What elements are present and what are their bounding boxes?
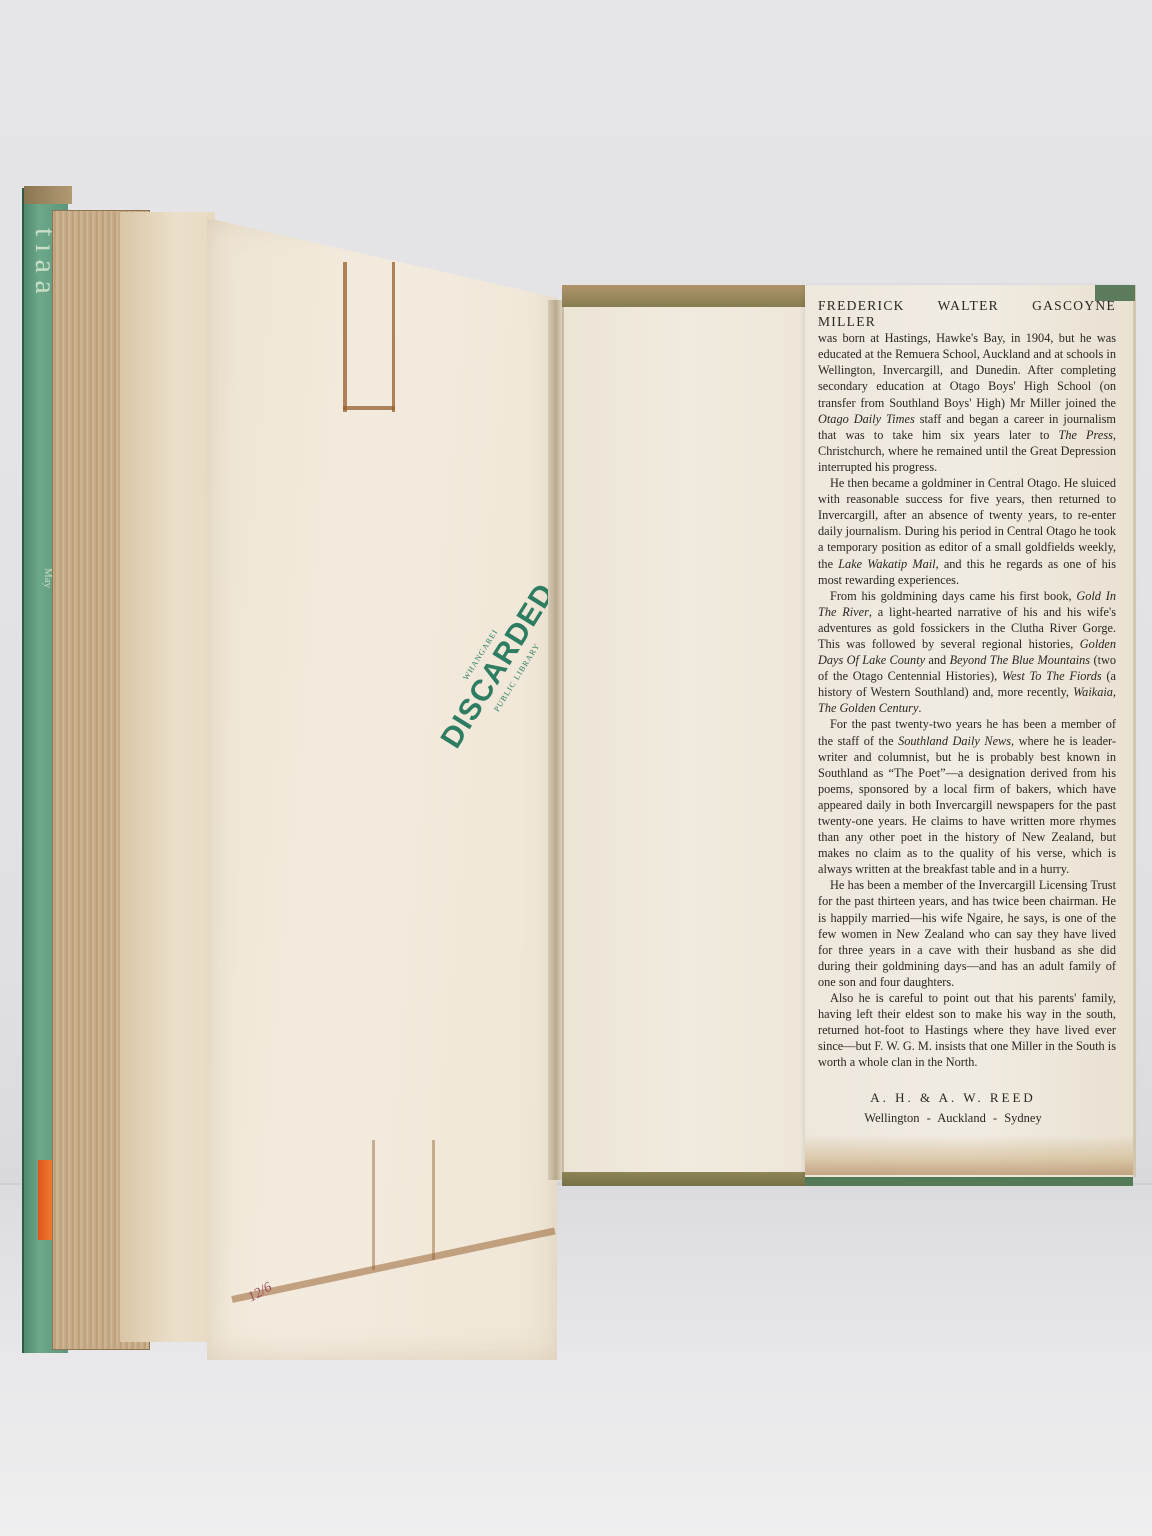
book-title: West To The Fiords: [1002, 669, 1102, 683]
book-title: The Press: [1058, 428, 1112, 442]
spine-top-wear: [24, 186, 72, 204]
book-title: Lake Wakatip Mail: [838, 557, 935, 571]
publisher-name: A. H. & A. W. REED: [818, 1090, 1088, 1106]
inner-page: [120, 212, 215, 1342]
front-endpaper: [207, 218, 557, 1360]
author-name-heading: FREDERICK WALTER GASCOYNE MILLER: [818, 298, 1116, 330]
book-title: Southland Daily News: [898, 734, 1011, 748]
book-title: Beyond The Blue Mountains: [950, 653, 1091, 667]
publisher-imprint: A. H. & A. W. REED Wellington - Auckland…: [818, 1090, 1088, 1126]
bio-text: .: [918, 701, 921, 715]
back-board-top-edge: [562, 285, 812, 307]
bio-text: From his goldmining days came his first …: [830, 589, 1076, 603]
back-board-bottom-edge: [562, 1172, 812, 1186]
biography-paragraphs: was born at Hastings, Hawke's Bay, in 19…: [818, 330, 1116, 1070]
bio-text: , where he is leader-writer and columnis…: [818, 734, 1116, 877]
bio-text: was born at Hastings, Hawke's Bay, in 19…: [818, 331, 1116, 409]
tape-stain: [432, 1140, 435, 1260]
bio-paragraph: From his goldmining days came his first …: [818, 588, 1116, 717]
rear-endpaper: [562, 307, 814, 1174]
flap-water-stain: [805, 1135, 1133, 1175]
tape-stain: [372, 1140, 375, 1270]
book-title: Otago Daily Times: [818, 412, 915, 426]
bio-paragraph: He then became a goldminer in Central Ot…: [818, 475, 1116, 588]
jacket-bottom-edge: [805, 1176, 1133, 1186]
bio-text: Also he is careful to point out that his…: [818, 991, 1116, 1069]
bio-paragraph: was born at Hastings, Hawke's Bay, in 19…: [818, 330, 1116, 475]
tape-stain: [392, 262, 395, 412]
bio-text: He has been a member of the Invercargill…: [818, 878, 1116, 989]
tape-stain: [343, 406, 395, 410]
tape-stain: [343, 262, 347, 412]
bio-paragraph: He has been a member of the Invercargill…: [818, 877, 1116, 990]
bio-paragraph: For the past twenty-two years he has bee…: [818, 716, 1116, 877]
publisher-cities: Wellington - Auckland - Sydney: [818, 1111, 1088, 1126]
bio-text: and: [925, 653, 949, 667]
author-biography: FREDERICK WALTER GASCOYNE MILLER was bor…: [818, 298, 1116, 1071]
bio-paragraph: Also he is careful to point out that his…: [818, 990, 1116, 1070]
